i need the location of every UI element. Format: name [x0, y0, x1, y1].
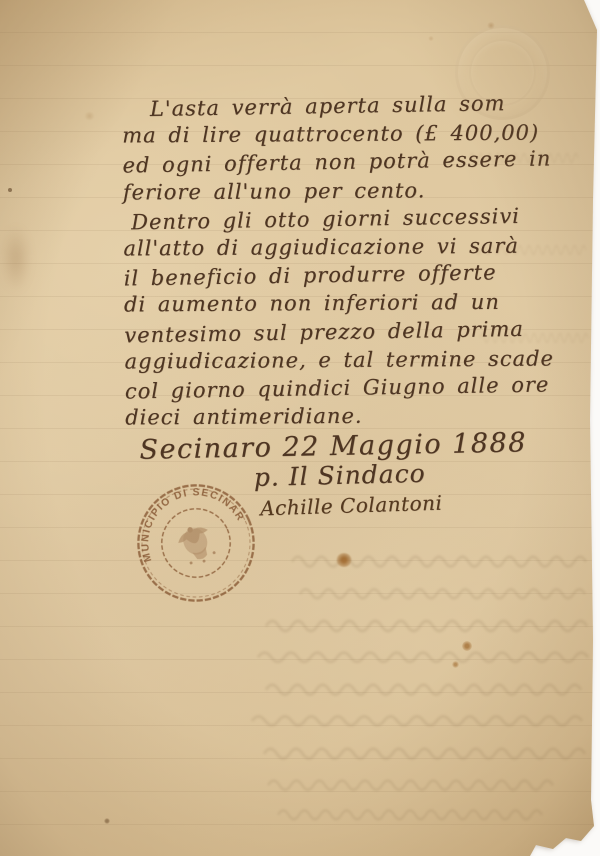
manuscript-line: ventesimo sul prezzo della prima [124, 314, 544, 349]
ink-fleck [104, 818, 110, 824]
foxing-spot [428, 36, 434, 41]
foxing-spot [336, 553, 352, 567]
manuscript-line: di aumento non inferiori ad un [124, 288, 544, 319]
scanned-document-background: L'asta verrà aperta sulla som ma di lire… [0, 0, 600, 856]
foxing-spot [462, 641, 472, 651]
manuscript-line: dieci antimeridiane. [125, 401, 545, 432]
stamp-coat-of-arms [174, 521, 219, 569]
foxing-spot [452, 661, 459, 668]
manuscript-text-block: L'asta verrà aperta sulla som ma di lire… [122, 90, 546, 522]
manuscript-line: feriore all'uno per cento. [123, 175, 543, 206]
ink-fleck [8, 188, 12, 192]
aged-paper: L'asta verrà aperta sulla som ma di lire… [0, 0, 600, 856]
edge-stain [2, 226, 30, 292]
manuscript-line: ed ogni offerta non potrà essere in [122, 145, 542, 180]
foxing-spot [84, 112, 95, 120]
paper-sheet: L'asta verrà aperta sulla som ma di lire… [0, 0, 600, 856]
